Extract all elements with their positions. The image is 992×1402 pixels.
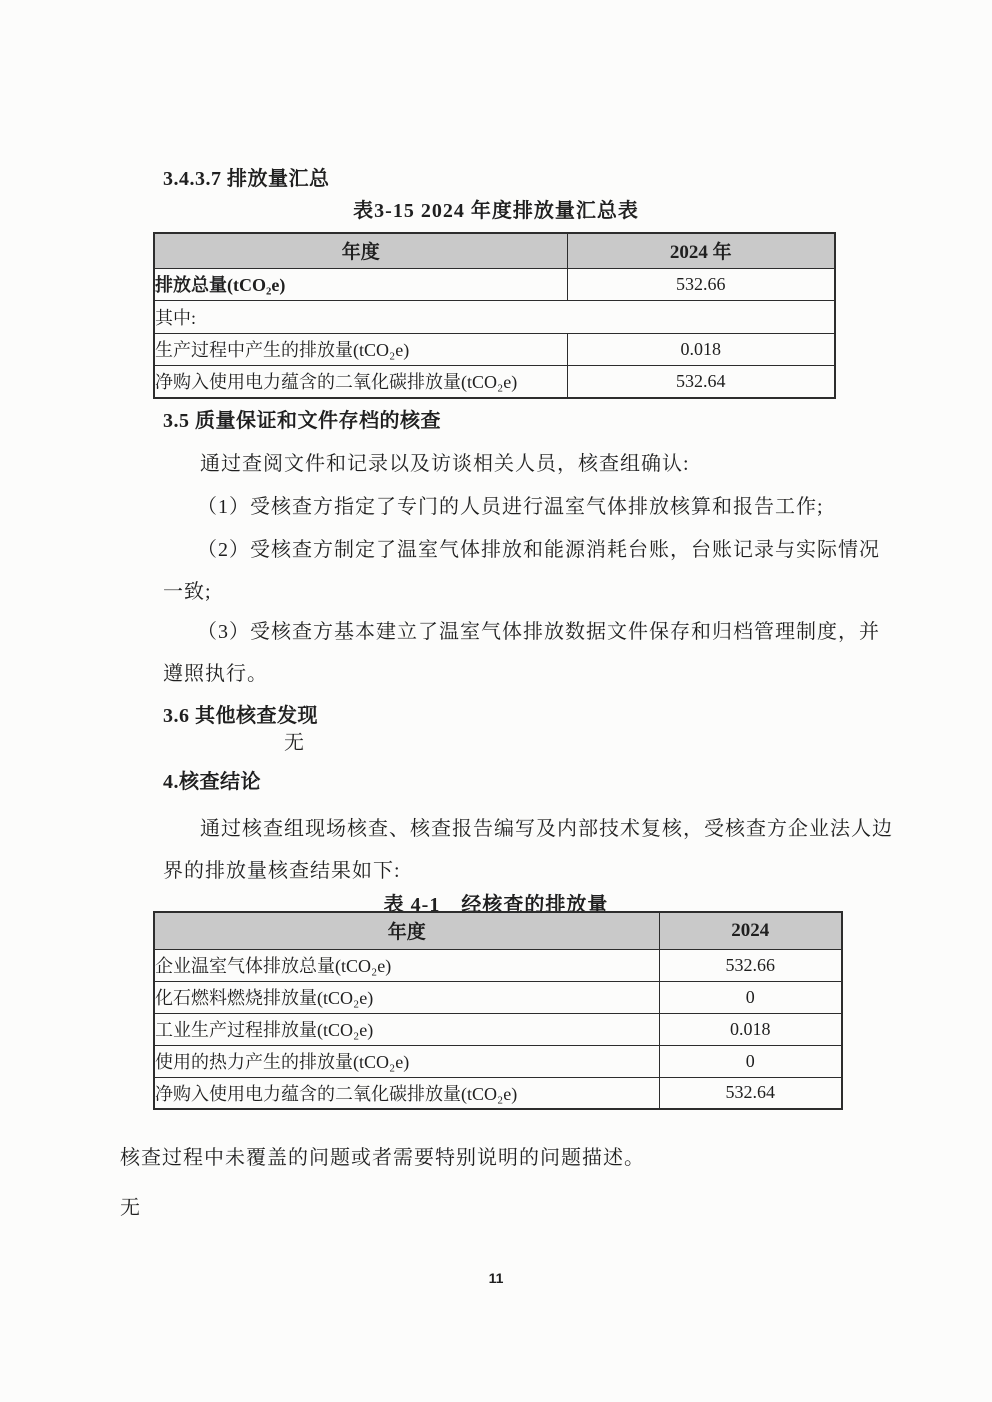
row-fossil-value: 0 [659, 981, 842, 1013]
table-4-1: 年度 2024 企业温室气体排放总量(tCO₂e) 532.66 化石燃料燃烧排… [153, 911, 843, 1110]
table-row: 净购入使用电力蕴含的二氧化碳排放量(tCO₂e) 532.64 [154, 1077, 842, 1109]
para-4-line2: 界的排放量核查结果如下: [163, 854, 401, 883]
heading-3-4-3-7: 3.4.3.7 排放量汇总 [163, 162, 330, 191]
row-heat-value: 0 [659, 1045, 842, 1077]
table-row: 净购入使用电力蕴含的二氧化碳排放量(tCO₂e) 532.64 [154, 365, 835, 398]
row-electricity-label: 净购入使用电力蕴含的二氧化碳排放量(tCO₂e) [154, 365, 567, 398]
footer-note-answer: 无 [120, 1191, 141, 1220]
row-heat-label: 使用的热力产生的排放量(tCO₂e) [154, 1045, 659, 1077]
para-3-5-intro: 通过查阅文件和记录以及访谈相关人员，核查组确认: [200, 447, 690, 476]
heading-3-6: 3.6 其他核查发现 [163, 699, 318, 728]
table-row: 年度 2024 年 [154, 233, 835, 268]
para-3-5-item2-line2: 一致; [163, 575, 212, 604]
table-row: 化石燃料燃烧排放量(tCO₂e) 0 [154, 981, 842, 1013]
table-row: 其中: [154, 300, 835, 333]
table-row: 年度 2024 [154, 912, 842, 949]
table-row: 使用的热力产生的排放量(tCO₂e) 0 [154, 1045, 842, 1077]
para-4-line1: 通过核查组现场核查、核查报告编写及内部技术复核，受核查方企业法人边 [200, 812, 893, 841]
table-4-1-header-2024: 2024 [659, 912, 842, 949]
table-3-15: 年度 2024 年 排放总量(tCO₂e) 532.66 其中: 生产过程中产生… [153, 232, 836, 399]
row-total-value: 532.66 [567, 268, 835, 300]
para-3-5-item3-line1: （3）受核查方基本建立了温室气体排放数据文件保存和归档管理制度，并 [197, 615, 880, 644]
para-3-5-item1: （1）受核查方指定了专门的人员进行温室气体排放核算和报告工作; [197, 490, 824, 519]
row-electricity2-value: 532.64 [659, 1077, 842, 1109]
row-fossil-label: 化石燃料燃烧排放量(tCO₂e) [154, 981, 659, 1013]
heading-4: 4.核查结论 [163, 765, 261, 794]
row-electricity2-label: 净购入使用电力蕴含的二氧化碳排放量(tCO₂e) [154, 1077, 659, 1109]
table-row: 生产过程中产生的排放量(tCO₂e) 0.018 [154, 333, 835, 365]
heading-3-5: 3.5 质量保证和文件存档的核查 [163, 404, 441, 433]
row-process-value: 0.018 [567, 333, 835, 365]
row-ghg-total-value: 532.66 [659, 949, 842, 981]
para-3-6-none: 无 [284, 726, 305, 755]
document-page: 3.4.3.7 排放量汇总 表3-15 2024 年度排放量汇总表 年度 202… [0, 0, 992, 1402]
row-among-label: 其中: [154, 300, 835, 333]
para-3-5-item2-line1: （2）受核查方制定了温室气体排放和能源消耗台账，台账记录与实际情况 [197, 533, 880, 562]
row-industrial-label: 工业生产过程排放量(tCO₂e) [154, 1013, 659, 1045]
table-3-15-title: 表3-15 2024 年度排放量汇总表 [0, 194, 992, 223]
footer-note: 核查过程中未覆盖的问题或者需要特别说明的问题描述。 [120, 1141, 645, 1170]
row-ghg-total-label: 企业温室气体排放总量(tCO₂e) [154, 949, 659, 981]
row-electricity-value: 532.64 [567, 365, 835, 398]
row-process-label: 生产过程中产生的排放量(tCO₂e) [154, 333, 567, 365]
table-row: 工业生产过程排放量(tCO₂e) 0.018 [154, 1013, 842, 1045]
table-4-1-header-year: 年度 [154, 912, 659, 949]
page-number: 11 [0, 1270, 992, 1286]
table-3-15-header-year: 年度 [154, 233, 567, 268]
table-3-15-header-2024: 2024 年 [567, 233, 835, 268]
table-row: 企业温室气体排放总量(tCO₂e) 532.66 [154, 949, 842, 981]
row-industrial-value: 0.018 [659, 1013, 842, 1045]
row-total-label: 排放总量(tCO₂e) [154, 268, 567, 300]
table-row: 排放总量(tCO₂e) 532.66 [154, 268, 835, 300]
para-3-5-item3-line2: 遵照执行。 [163, 657, 268, 686]
